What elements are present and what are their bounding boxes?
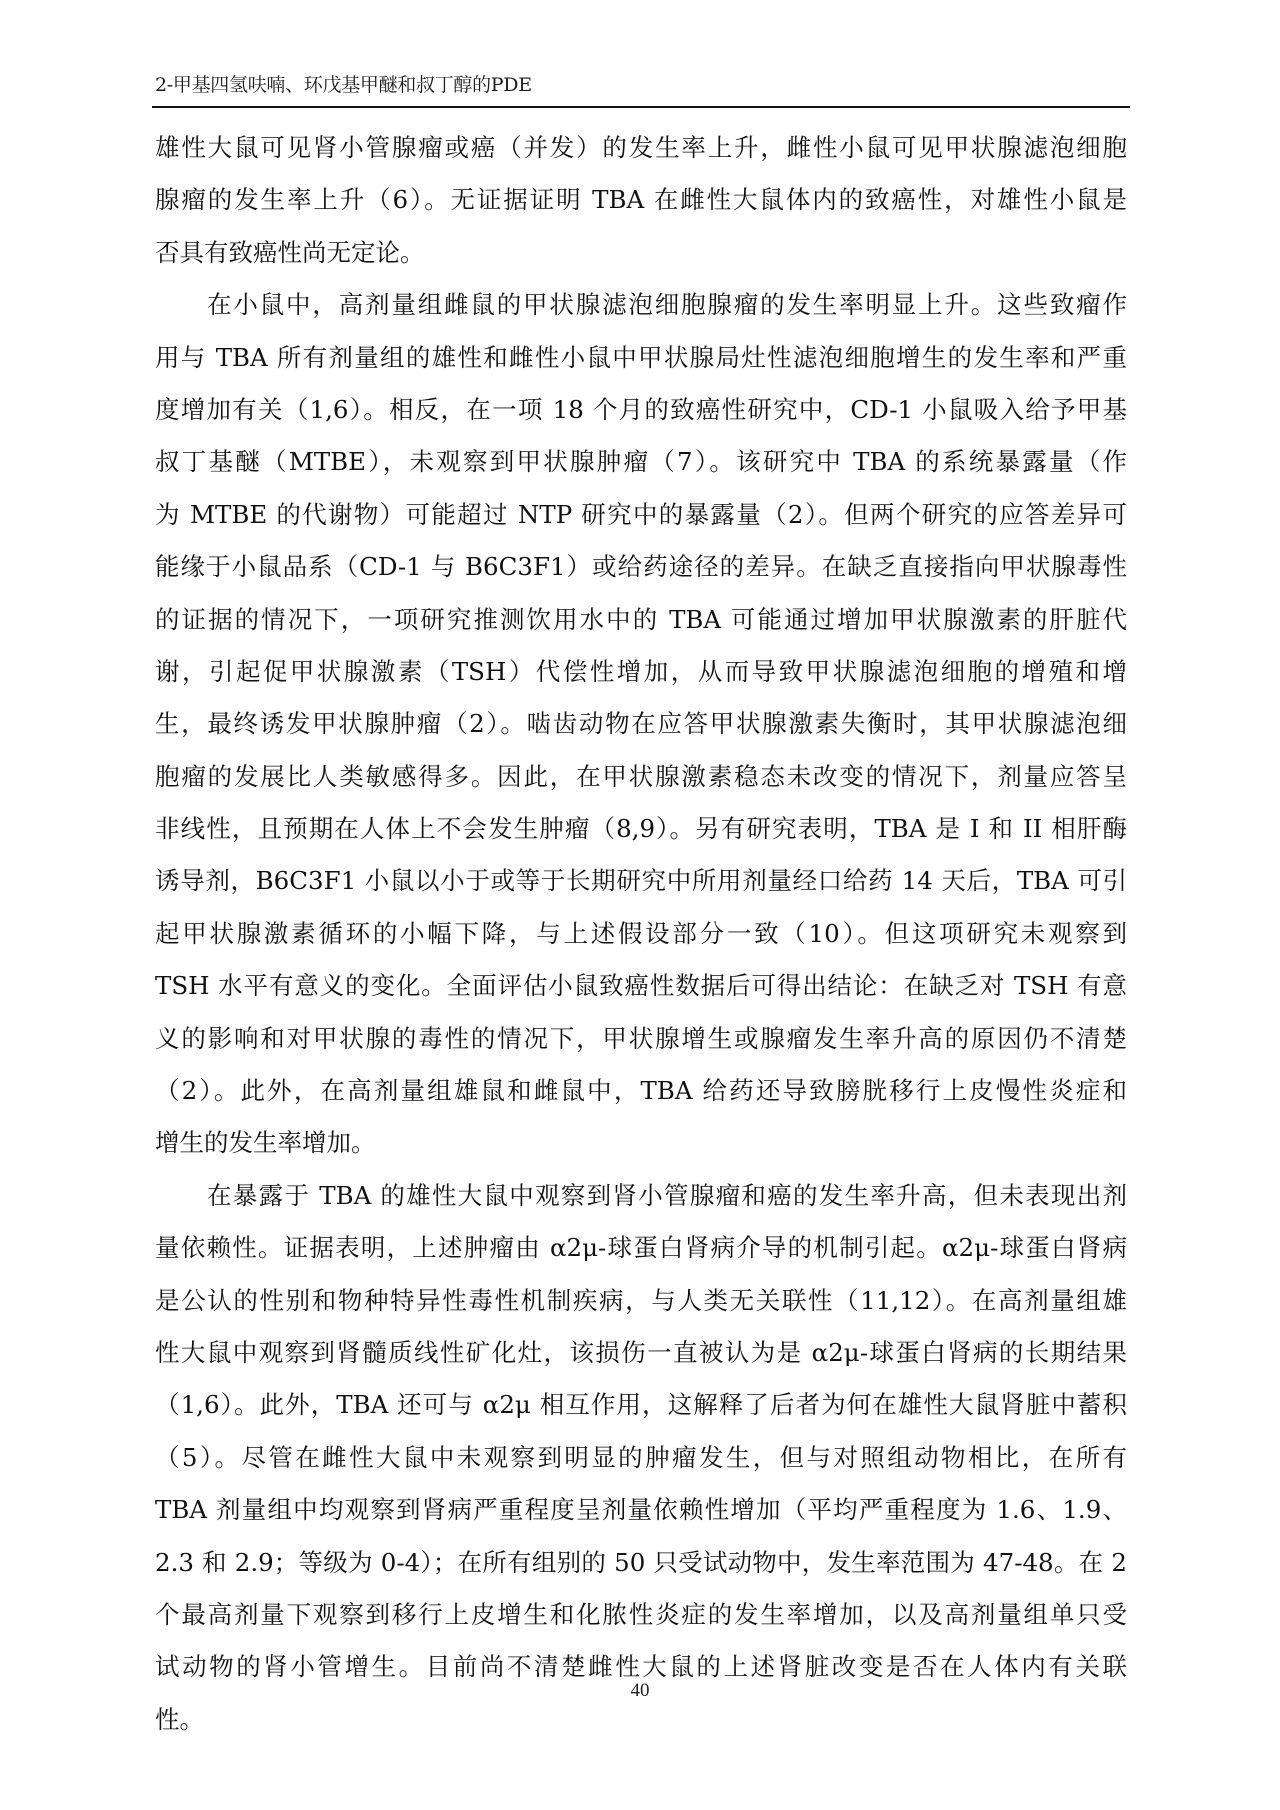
text-line: 诱导剂，B6C3F1 小鼠以小于或等于长期研究中所用剂量经口给药 14 天后，T… <box>155 859 1127 911</box>
text-line: 腺瘤的发生率上升（6）。无证据证明 TBA 在雌性大鼠体内的致癌性，对雄性小鼠是 <box>155 178 1127 230</box>
paragraph-1: 雄性大鼠可见肾小管腺瘤或癌（并发）的发生率上升，雌性小鼠可见甲状腺滤泡细胞 腺瘤… <box>155 126 1127 283</box>
text-line: （1,6）。此外，TBA 还可与 α2μ 相互作用，这解释了后者为何在雄性大鼠肾… <box>155 1383 1127 1435</box>
text-line: （5）。尽管在雌性大鼠中未观察到明显的肿瘤发生，但与对照组动物相比，在所有 <box>155 1436 1127 1488</box>
body-text: 雄性大鼠可见肾小管腺瘤或癌（并发）的发生率上升，雌性小鼠可见甲状腺滤泡细胞 腺瘤… <box>155 126 1127 1750</box>
header-divider <box>152 106 1130 108</box>
text-line: 能缘于小鼠品系（CD-1 与 B6C3F1）或给药途径的差异。在缺乏直接指向甲状… <box>155 545 1127 597</box>
running-header: 2-甲基四氢呋喃、环戊基甲醚和叔丁醇的PDE <box>155 72 532 98</box>
text-line: TSH 水平有意义的变化。全面评估小鼠致癌性数据后可得出结论：在缺乏对 TSH … <box>155 964 1127 1016</box>
text-line: 雄性大鼠可见肾小管腺瘤或癌（并发）的发生率上升，雌性小鼠可见甲状腺滤泡细胞 <box>155 126 1127 178</box>
paragraph-3: 在暴露于 TBA 的雄性大鼠中观察到肾小管腺瘤和癌的发生率升高，但未表现出剂 量… <box>155 1174 1127 1750</box>
page-number: 40 <box>0 1680 1280 1702</box>
text-line: 性大鼠中观察到肾髓质线性矿化灶，该损伤一直被认为是 α2μ-球蛋白肾病的长期结果 <box>155 1331 1127 1383</box>
text-line: （2）。此外，在高剂量组雄鼠和雌鼠中，TBA 给药还导致膀胱移行上皮慢性炎症和 <box>155 1069 1127 1121</box>
text-line: TBA 剂量组中均观察到肾病严重程度呈剂量依赖性增加（平均严重程度为 1.6、1… <box>155 1488 1127 1540</box>
text-line: 增生的发生率增加。 <box>155 1121 1127 1173</box>
text-line: 度增加有关（1,6）。相反，在一项 18 个月的致癌性研究中，CD-1 小鼠吸入… <box>155 388 1127 440</box>
text-line: 谢，引起促甲状腺激素（TSH）代偿性增加，从而导致甲状腺滤泡细胞的增殖和增 <box>155 650 1127 702</box>
text-line: 为 MTBE 的代谢物）可能超过 NTP 研究中的暴露量（2）。但两个研究的应答… <box>155 493 1127 545</box>
document-page: 2-甲基四氢呋喃、环戊基甲醚和叔丁醇的PDE 雄性大鼠可见肾小管腺瘤或癌（并发）… <box>0 0 1280 1810</box>
text-line: 的证据的情况下，一项研究推测饮用水中的 TBA 可能通过增加甲状腺激素的肝脏代 <box>155 598 1127 650</box>
text-line: 个最高剂量下观察到移行上皮增生和化脓性炎症的发生率增加，以及高剂量组单只受 <box>155 1593 1127 1645</box>
text-line: 起甲状腺激素循环的小幅下降，与上述假设部分一致（10）。但这项研究未观察到 <box>155 912 1127 964</box>
text-line: 用与 TBA 所有剂量组的雄性和雌性小鼠中甲状腺局灶性滤泡细胞增生的发生率和严重 <box>155 336 1127 388</box>
text-line: 在小鼠中，高剂量组雌鼠的甲状腺滤泡细胞腺瘤的发生率明显上升。这些致瘤作 <box>155 283 1127 335</box>
text-line: 是公认的性别和物种特异性毒性机制疾病，与人类无关联性（11,12）。在高剂量组雄 <box>155 1279 1127 1331</box>
text-line: 生，最终诱发甲状腺肿瘤（2）。啮齿动物在应答甲状腺激素失衡时，其甲状腺滤泡细 <box>155 702 1127 754</box>
text-line: 否具有致癌性尚无定论。 <box>155 231 1127 283</box>
text-line: 在暴露于 TBA 的雄性大鼠中观察到肾小管腺瘤和癌的发生率升高，但未表现出剂 <box>155 1174 1127 1226</box>
text-line: 2.3 和 2.9；等级为 0-4）；在所有组别的 50 只受试动物中，发生率范… <box>155 1541 1127 1593</box>
text-line: 胞瘤的发展比人类敏感得多。因此，在甲状腺激素稳态未改变的情况下，剂量应答呈 <box>155 755 1127 807</box>
text-line: 义的影响和对甲状腺的毒性的情况下，甲状腺增生或腺瘤发生率升高的原因仍不清楚 <box>155 1017 1127 1069</box>
text-line: 量依赖性。证据表明，上述肿瘤由 α2μ-球蛋白肾病介导的机制引起。α2μ-球蛋白… <box>155 1226 1127 1278</box>
paragraph-2: 在小鼠中，高剂量组雌鼠的甲状腺滤泡细胞腺瘤的发生率明显上升。这些致瘤作 用与 T… <box>155 283 1127 1174</box>
text-line: 非线性，且预期在人体上不会发生肿瘤（8,9）。另有研究表明，TBA 是 I 和 … <box>155 807 1127 859</box>
text-line: 性。 <box>155 1698 1127 1750</box>
text-line: 叔丁基醚（MTBE），未观察到甲状腺肿瘤（7）。该研究中 TBA 的系统暴露量（… <box>155 440 1127 492</box>
